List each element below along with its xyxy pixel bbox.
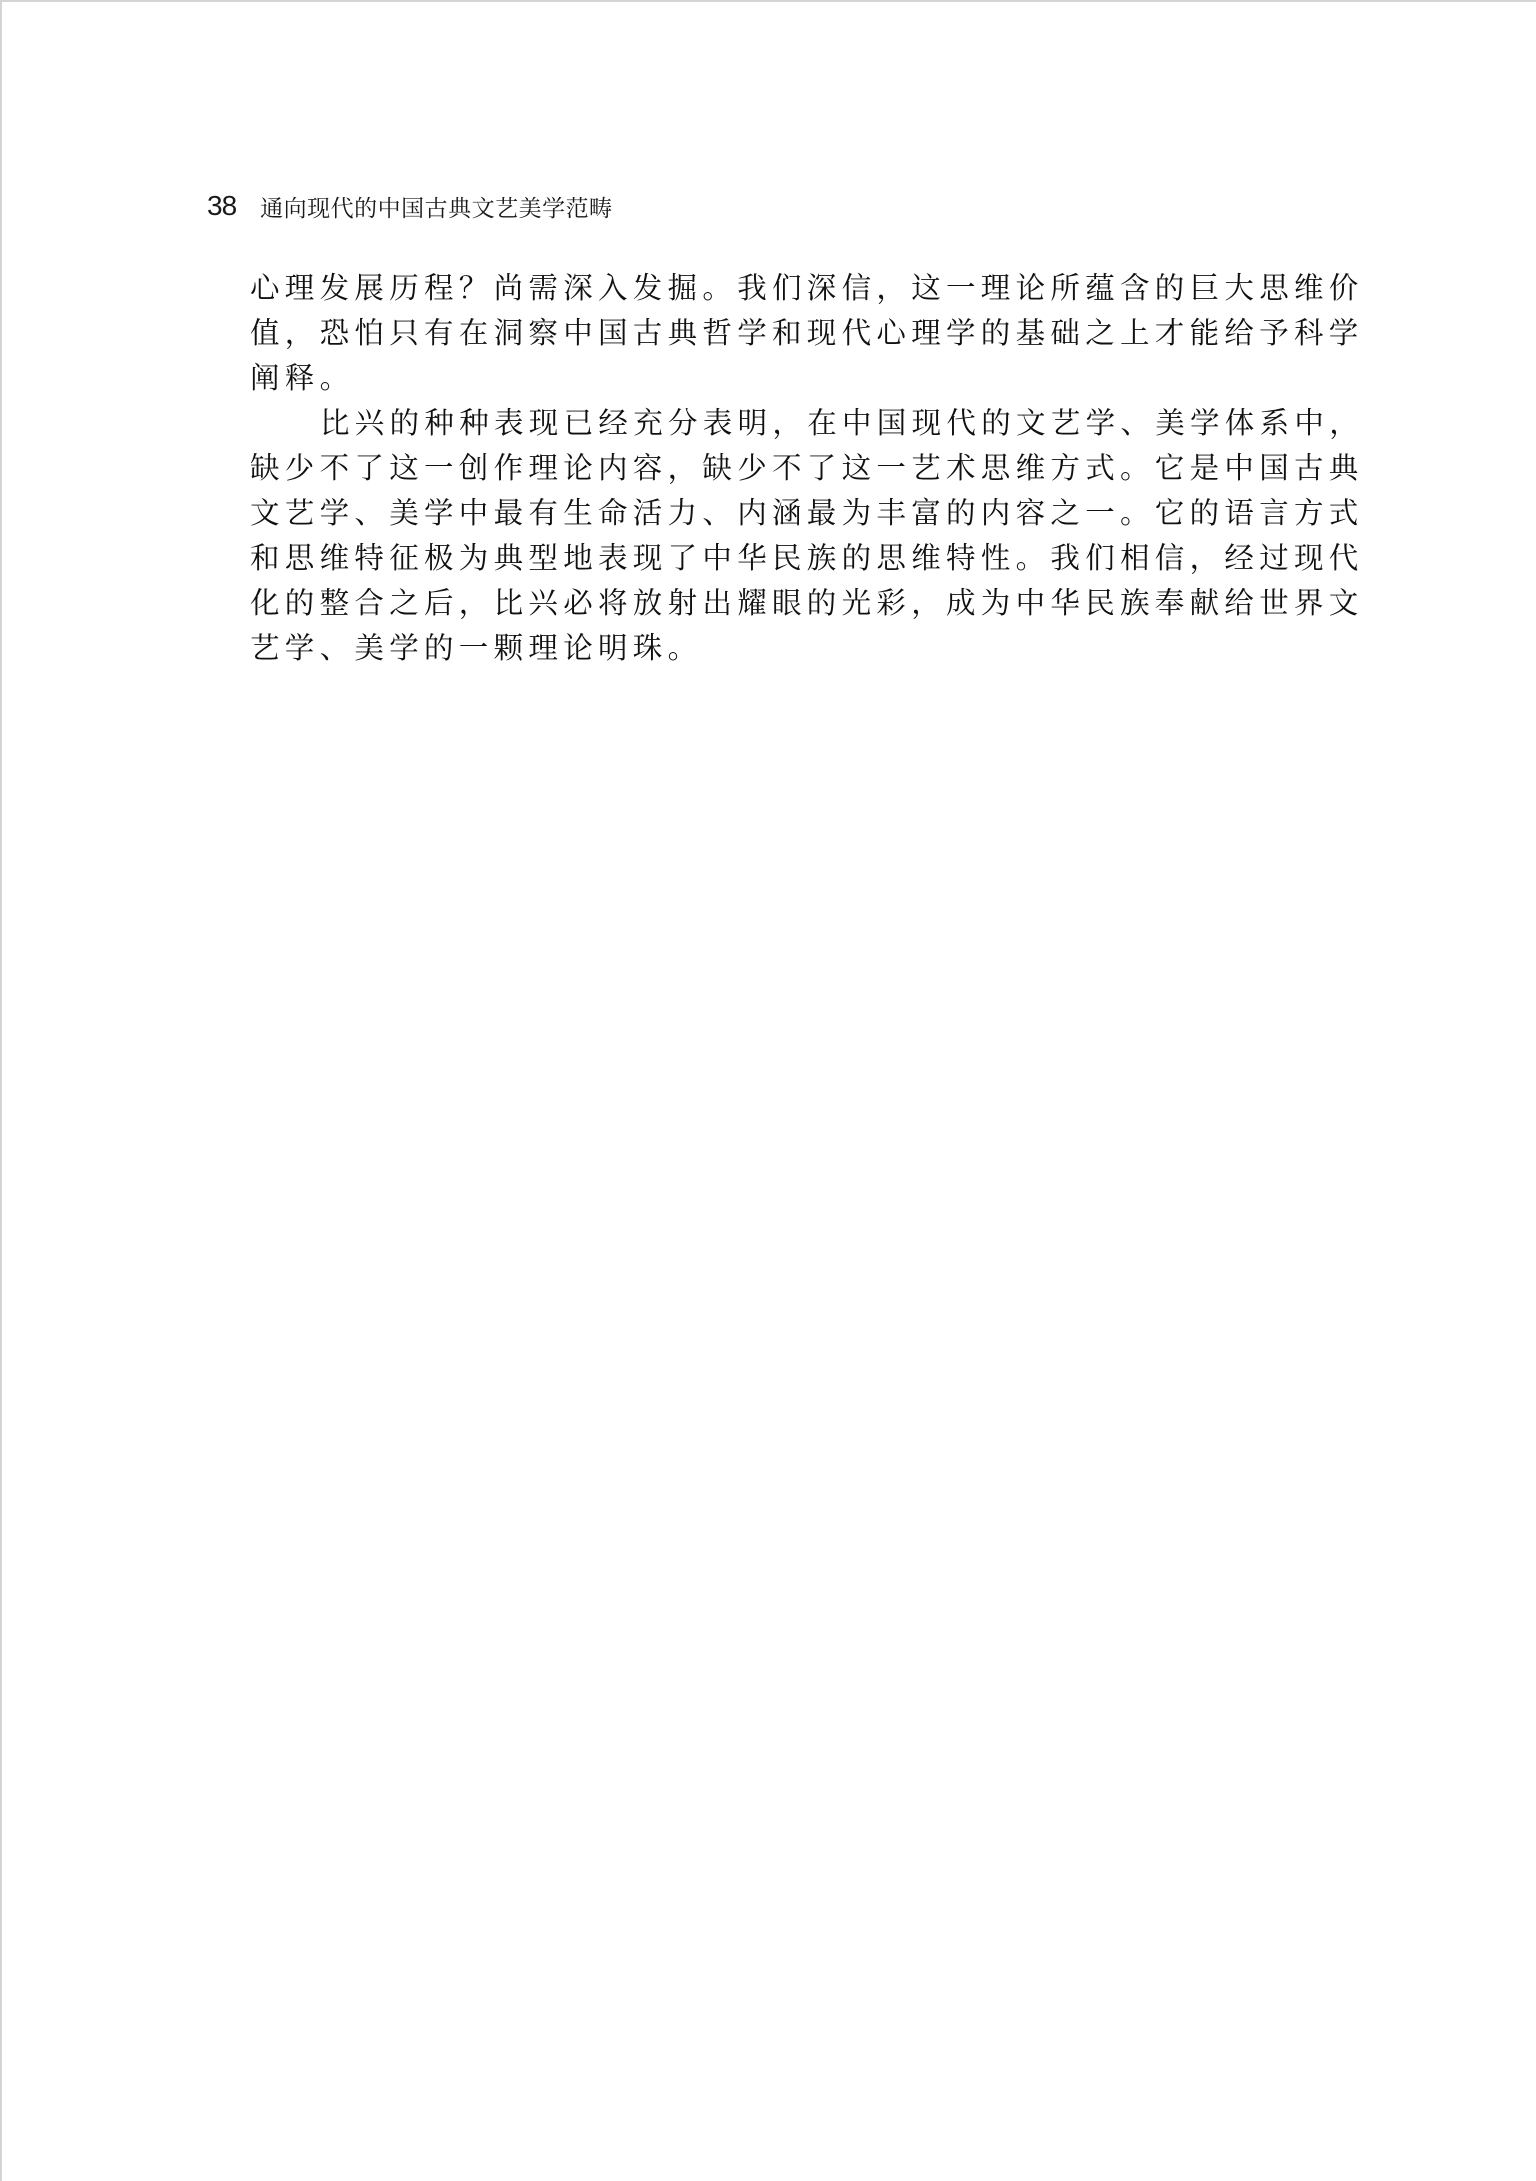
book-title: 通向现代的中国古典文艺美学范畴 xyxy=(260,190,613,223)
text-line: 阐释。 xyxy=(250,356,1312,401)
body-text: 心理发展历程？尚需深入发掘。我们深信，这一理论所蕴含的巨大思维价 值，恐怕只有在… xyxy=(250,266,1312,671)
page-number: 38 xyxy=(207,190,236,222)
book-page: 38 通向现代的中国古典文艺美学范畴 心理发展历程？尚需深入发掘。我们深信，这一… xyxy=(0,0,1536,2181)
text-line: 值，恐怕只有在洞察中国古典哲学和现代心理学的基础之上才能给予科学 xyxy=(250,311,1312,356)
paragraph-2: 比兴的种种表现已经充分表明，在中国现代的文艺学、美学体系中， 缺少不了这一创作理… xyxy=(250,401,1312,671)
text-line: 文艺学、美学中最有生命活力、内涵最为丰富的内容之一。它的语言方式 xyxy=(250,491,1312,536)
text-line: 缺少不了这一创作理论内容，缺少不了这一艺术思维方式。它是中国古典 xyxy=(250,446,1312,491)
text-line: 比兴的种种表现已经充分表明，在中国现代的文艺学、美学体系中， xyxy=(250,401,1312,446)
text-line: 艺学、美学的一颗理论明珠。 xyxy=(250,626,1312,671)
paragraph-1: 心理发展历程？尚需深入发掘。我们深信，这一理论所蕴含的巨大思维价 值，恐怕只有在… xyxy=(250,266,1312,401)
text-line: 心理发展历程？尚需深入发掘。我们深信，这一理论所蕴含的巨大思维价 xyxy=(250,266,1312,311)
text-line: 化的整合之后，比兴必将放射出耀眼的光彩，成为中华民族奉献给世界文 xyxy=(250,581,1312,626)
text-line: 和思维特征极为典型地表现了中华民族的思维特性。我们相信，经过现代 xyxy=(250,536,1312,581)
running-head: 38 通向现代的中国古典文艺美学范畴 xyxy=(207,186,613,226)
